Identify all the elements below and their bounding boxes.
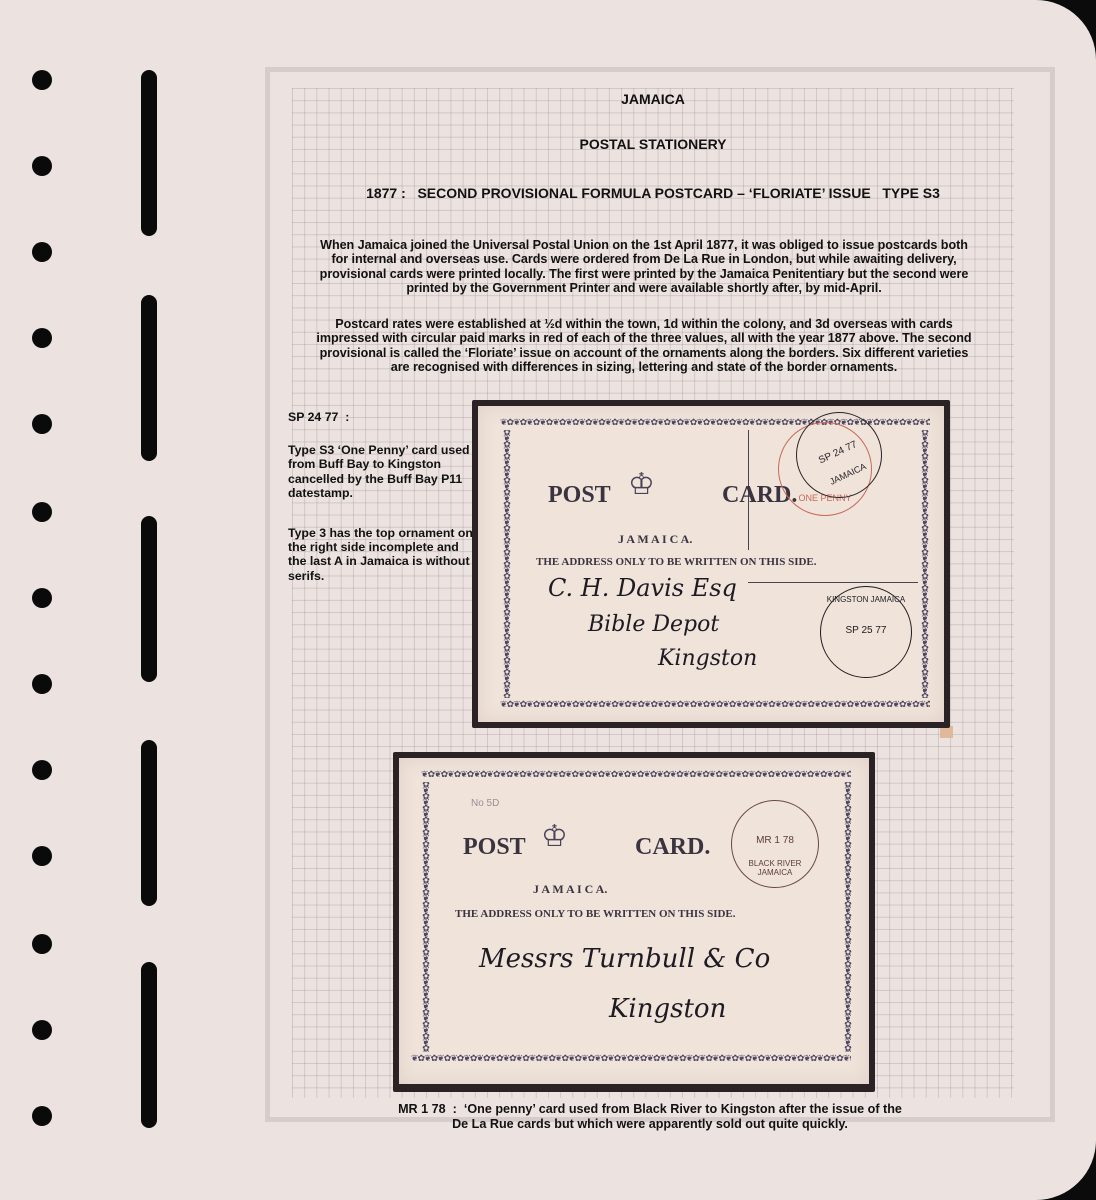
datestamp-date: MR 1 78 <box>732 835 818 846</box>
address-line-1: C. H. Davis Esq <box>548 574 737 602</box>
card-country: J A M A I C A. <box>533 882 607 897</box>
royal-arms-icon: ♔ <box>541 822 568 852</box>
item2-caption-line-1: MR 1 78 : ‘One penny’ card used from Bla… <box>380 1102 920 1117</box>
address-line-2: Kingston <box>609 994 726 1024</box>
punch-hole <box>32 588 52 608</box>
binder-slot <box>141 962 157 1128</box>
post-heading: POST <box>463 834 526 861</box>
item1-type-note: Type 3 has the top ornament on the right… <box>288 526 473 583</box>
punch-hole <box>32 674 52 694</box>
ornament-border-top: ❦✿❦✿❦✿❦✿❦✿❦✿❦✿❦✿❦✿❦✿❦✿❦✿❦✿❦✿❦✿❦✿❦✿❦✿❦✿❦✿… <box>421 768 851 782</box>
datestamp-place: BLACK RIVER JAMAICA <box>732 859 818 877</box>
address-line-3: Kingston <box>658 646 757 671</box>
ornament-border-right: ✿❦✿❦✿❦✿❦✿❦✿❦✿❦✿❦✿❦✿❦✿❦✿❦✿❦✿❦✿❦✿❦✿❦✿❦✿❦✿❦… <box>841 782 855 1052</box>
intro-text-2: Postcard rates were established at ½d wi… <box>312 317 976 375</box>
punch-hole <box>32 70 52 90</box>
postcard-1-mount: ❦✿❦✿❦✿❦✿❦✿❦✿❦✿❦✿❦✿❦✿❦✿❦✿❦✿❦✿❦✿❦✿❦✿❦✿❦✿❦✿… <box>472 400 950 728</box>
intro-paragraph-2: Postcard rates were established at ½d wi… <box>312 317 976 375</box>
punch-hole <box>32 1020 52 1040</box>
item2-caption: MR 1 78 : ‘One penny’ card used from Bla… <box>380 1102 920 1132</box>
punch-hole <box>32 1106 52 1126</box>
intro-text: When Jamaica joined the Universal Postal… <box>312 238 976 296</box>
ornament-border-left: ✿❦✿❦✿❦✿❦✿❦✿❦✿❦✿❦✿❦✿❦✿❦✿❦✿❦✿❦✿❦✿❦✿❦✿❦✿❦✿❦… <box>500 430 514 698</box>
binder-slot <box>141 70 157 236</box>
punch-hole <box>32 156 52 176</box>
binder-slot <box>141 740 157 906</box>
binder-slot <box>141 516 157 682</box>
postcard-2: ❦✿❦✿❦✿❦✿❦✿❦✿❦✿❦✿❦✿❦✿❦✿❦✿❦✿❦✿❦✿❦✿❦✿❦✿❦✿❦✿… <box>399 758 869 1084</box>
punch-hole <box>32 242 52 262</box>
ornament-border-bottom: ❦✿❦✿❦✿❦✿❦✿❦✿❦✿❦✿❦✿❦✿❦✿❦✿❦✿❦✿❦✿❦✿❦✿❦✿❦✿❦✿… <box>411 1052 851 1066</box>
ornament-border-right: ✿❦✿❦✿❦✿❦✿❦✿❦✿❦✿❦✿❦✿❦✿❦✿❦✿❦✿❦✿❦✿❦✿❦✿❦✿❦✿❦… <box>918 430 932 698</box>
post-heading: POST <box>548 482 611 509</box>
album-page: JAMAICA POSTAL STATIONERY 1877 : SECOND … <box>0 0 1096 1200</box>
page-country-title: JAMAICA <box>292 91 1014 107</box>
punch-hole <box>32 760 52 780</box>
postcard-2-mount: ❦✿❦✿❦✿❦✿❦✿❦✿❦✿❦✿❦✿❦✿❦✿❦✿❦✿❦✿❦✿❦✿❦✿❦✿❦✿❦✿… <box>393 752 875 1092</box>
datestamp-place: KINGSTON JAMAICA <box>821 595 911 604</box>
ornament-border-left: ✿❦✿❦✿❦✿❦✿❦✿❦✿❦✿❦✿❦✿❦✿❦✿❦✿❦✿❦✿❦✿❦✿❦✿❦✿❦✿❦… <box>419 782 433 1052</box>
item2-caption-line-2: De La Rue cards but which were apparentl… <box>380 1117 920 1132</box>
item1-date-label: SP 24 77 : <box>288 410 473 424</box>
pencil-note: No 5D <box>471 798 499 809</box>
card-country: J A M A I C A. <box>618 532 692 547</box>
datestamp-kingston: SP 25 77 KINGSTON JAMAICA <box>820 586 912 678</box>
royal-arms-icon: ♔ <box>628 470 655 500</box>
item1-notes: SP 24 77 : Type S3 ‘One Penny’ card used… <box>288 410 473 606</box>
item1-description: Type S3 ‘One Penny’ card used from Buff … <box>288 443 473 500</box>
punch-hole <box>32 328 52 348</box>
page-section-title: POSTAL STATIONERY <box>292 136 1014 152</box>
page-heading: 1877 : SECOND PROVISIONAL FORMULA POSTCA… <box>292 185 1014 201</box>
card-instruction: THE ADDRESS ONLY TO BE WRITTEN ON THIS S… <box>455 908 736 920</box>
binder-slot <box>141 295 157 461</box>
punch-hole <box>32 414 52 434</box>
card-heading: CARD. <box>635 834 710 861</box>
punch-hole <box>32 502 52 522</box>
datestamp-date: SP 25 77 <box>821 625 911 636</box>
address-line-2: Bible Depot <box>588 612 719 637</box>
intro-paragraph-1: When Jamaica joined the Universal Postal… <box>312 238 976 296</box>
punch-hole <box>32 846 52 866</box>
postcard-1: ❦✿❦✿❦✿❦✿❦✿❦✿❦✿❦✿❦✿❦✿❦✿❦✿❦✿❦✿❦✿❦✿❦✿❦✿❦✿❦✿… <box>478 406 944 722</box>
datestamp-black-river: MR 1 78 BLACK RIVER JAMAICA <box>731 800 819 888</box>
card-instruction: THE ADDRESS ONLY TO BE WRITTEN ON THIS S… <box>536 556 817 568</box>
ornament-border-bottom: ❦✿❦✿❦✿❦✿❦✿❦✿❦✿❦✿❦✿❦✿❦✿❦✿❦✿❦✿❦✿❦✿❦✿❦✿❦✿❦✿… <box>500 698 930 712</box>
divider-line <box>748 582 918 583</box>
address-line-1: Messrs Turnbull & Co <box>479 944 770 974</box>
punch-hole <box>32 934 52 954</box>
